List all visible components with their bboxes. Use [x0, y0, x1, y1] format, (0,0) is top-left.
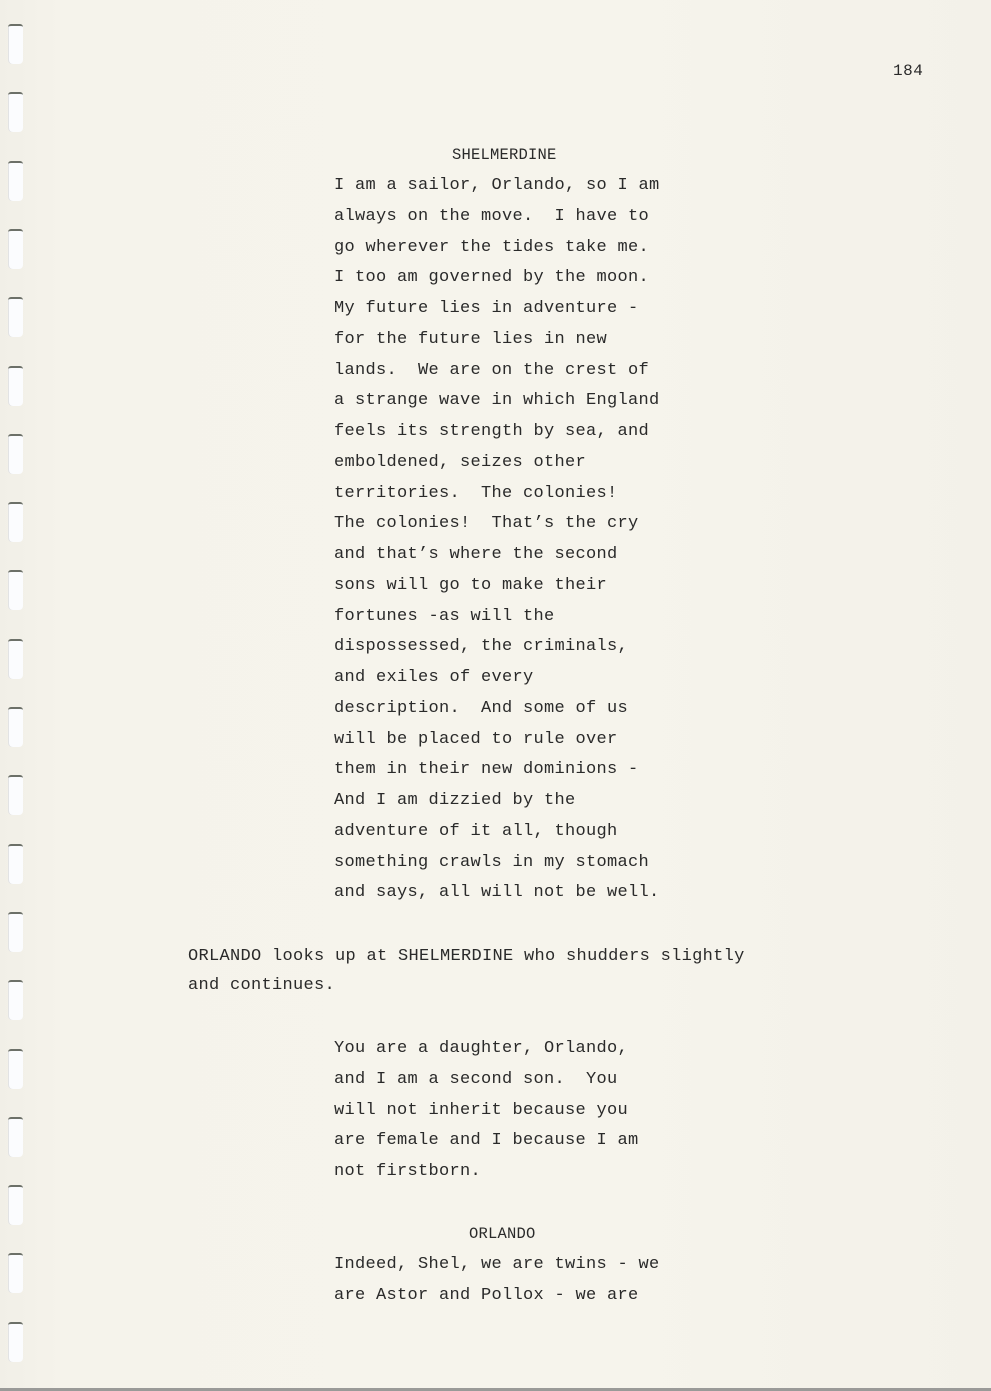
binding-hole	[8, 297, 23, 337]
binding-hole	[8, 1117, 23, 1157]
binding-hole	[8, 570, 23, 610]
text-line: The colonies! That’s the cry	[334, 509, 660, 540]
script-page: 184 SHELMERDINE I am a sailor, Orlando, …	[0, 0, 991, 1391]
binding-hole	[8, 92, 23, 132]
text-line: Indeed, Shel, we are twins - we	[334, 1250, 660, 1281]
text-line: and says, all will not be well.	[334, 878, 660, 909]
binding-hole	[8, 502, 23, 542]
binding-hole	[8, 1185, 23, 1225]
text-line: adventure of it all, though	[334, 817, 660, 848]
text-line: and that’s where the second	[334, 540, 660, 571]
text-line: I too am governed by the moon.	[334, 263, 660, 294]
text-line: territories. The colonies!	[334, 479, 660, 510]
text-line: dispossessed, the criminals,	[334, 632, 660, 663]
dialogue-block: I am a sailor, Orlando, so I amalways on…	[334, 171, 660, 909]
text-line: My future lies in adventure -	[334, 294, 660, 325]
binding-hole	[8, 844, 23, 884]
text-line: lands. We are on the crest of	[334, 356, 660, 387]
text-line: go wherever the tides take me.	[334, 233, 660, 264]
binding-hole	[8, 775, 23, 815]
text-line: for the future lies in new	[334, 325, 660, 356]
binding-hole	[8, 639, 23, 679]
text-line: are Astor and Pollox - we are	[334, 1281, 660, 1312]
text-line: and exiles of every	[334, 663, 660, 694]
text-line: feels its strength by sea, and	[334, 417, 660, 448]
binding-hole	[8, 1049, 23, 1089]
text-line: sons will go to make their	[334, 571, 660, 602]
text-line: will be placed to rule over	[334, 725, 660, 756]
binding-hole	[8, 229, 23, 269]
text-line: and continues.	[188, 971, 745, 1000]
text-line: are female and I because I am	[334, 1126, 639, 1157]
dialogue-block: You are a daughter, Orlando,and I am a s…	[334, 1034, 639, 1188]
action-block: ORLANDO looks up at SHELMERDINE who shud…	[188, 942, 745, 1000]
binding-hole	[8, 24, 23, 64]
text-line: them in their new dominions -	[334, 755, 660, 786]
text-line: always on the move. I have to	[334, 202, 660, 233]
text-line: not firstborn.	[334, 1157, 639, 1188]
binding-holes	[0, 0, 30, 1391]
text-line: ORLANDO looks up at SHELMERDINE who shud…	[188, 942, 745, 971]
binding-hole	[8, 707, 23, 747]
text-line: something crawls in my stomach	[334, 848, 660, 879]
binding-hole	[8, 366, 23, 406]
binding-hole	[8, 980, 23, 1020]
binding-hole	[8, 912, 23, 952]
text-line: fortunes -as will the	[334, 602, 660, 633]
text-line: and I am a second son. You	[334, 1065, 639, 1096]
dialogue-block: Indeed, Shel, we are twins - weare Astor…	[334, 1250, 660, 1312]
text-line: I am a sailor, Orlando, so I am	[334, 171, 660, 202]
character-cue-shelmerdine: SHELMERDINE	[452, 146, 557, 164]
binding-hole	[8, 1322, 23, 1362]
text-line: will not inherit because you	[334, 1096, 639, 1127]
binding-hole	[8, 434, 23, 474]
character-cue-orlando: ORLANDO	[469, 1225, 536, 1243]
text-line: a strange wave in which England	[334, 386, 660, 417]
text-line: And I am dizzied by the	[334, 786, 660, 817]
page-number: 184	[893, 62, 923, 80]
text-line: You are a daughter, Orlando,	[334, 1034, 639, 1065]
text-line: description. And some of us	[334, 694, 660, 725]
binding-hole	[8, 161, 23, 201]
binding-hole	[8, 1253, 23, 1293]
text-line: emboldened, seizes other	[334, 448, 660, 479]
